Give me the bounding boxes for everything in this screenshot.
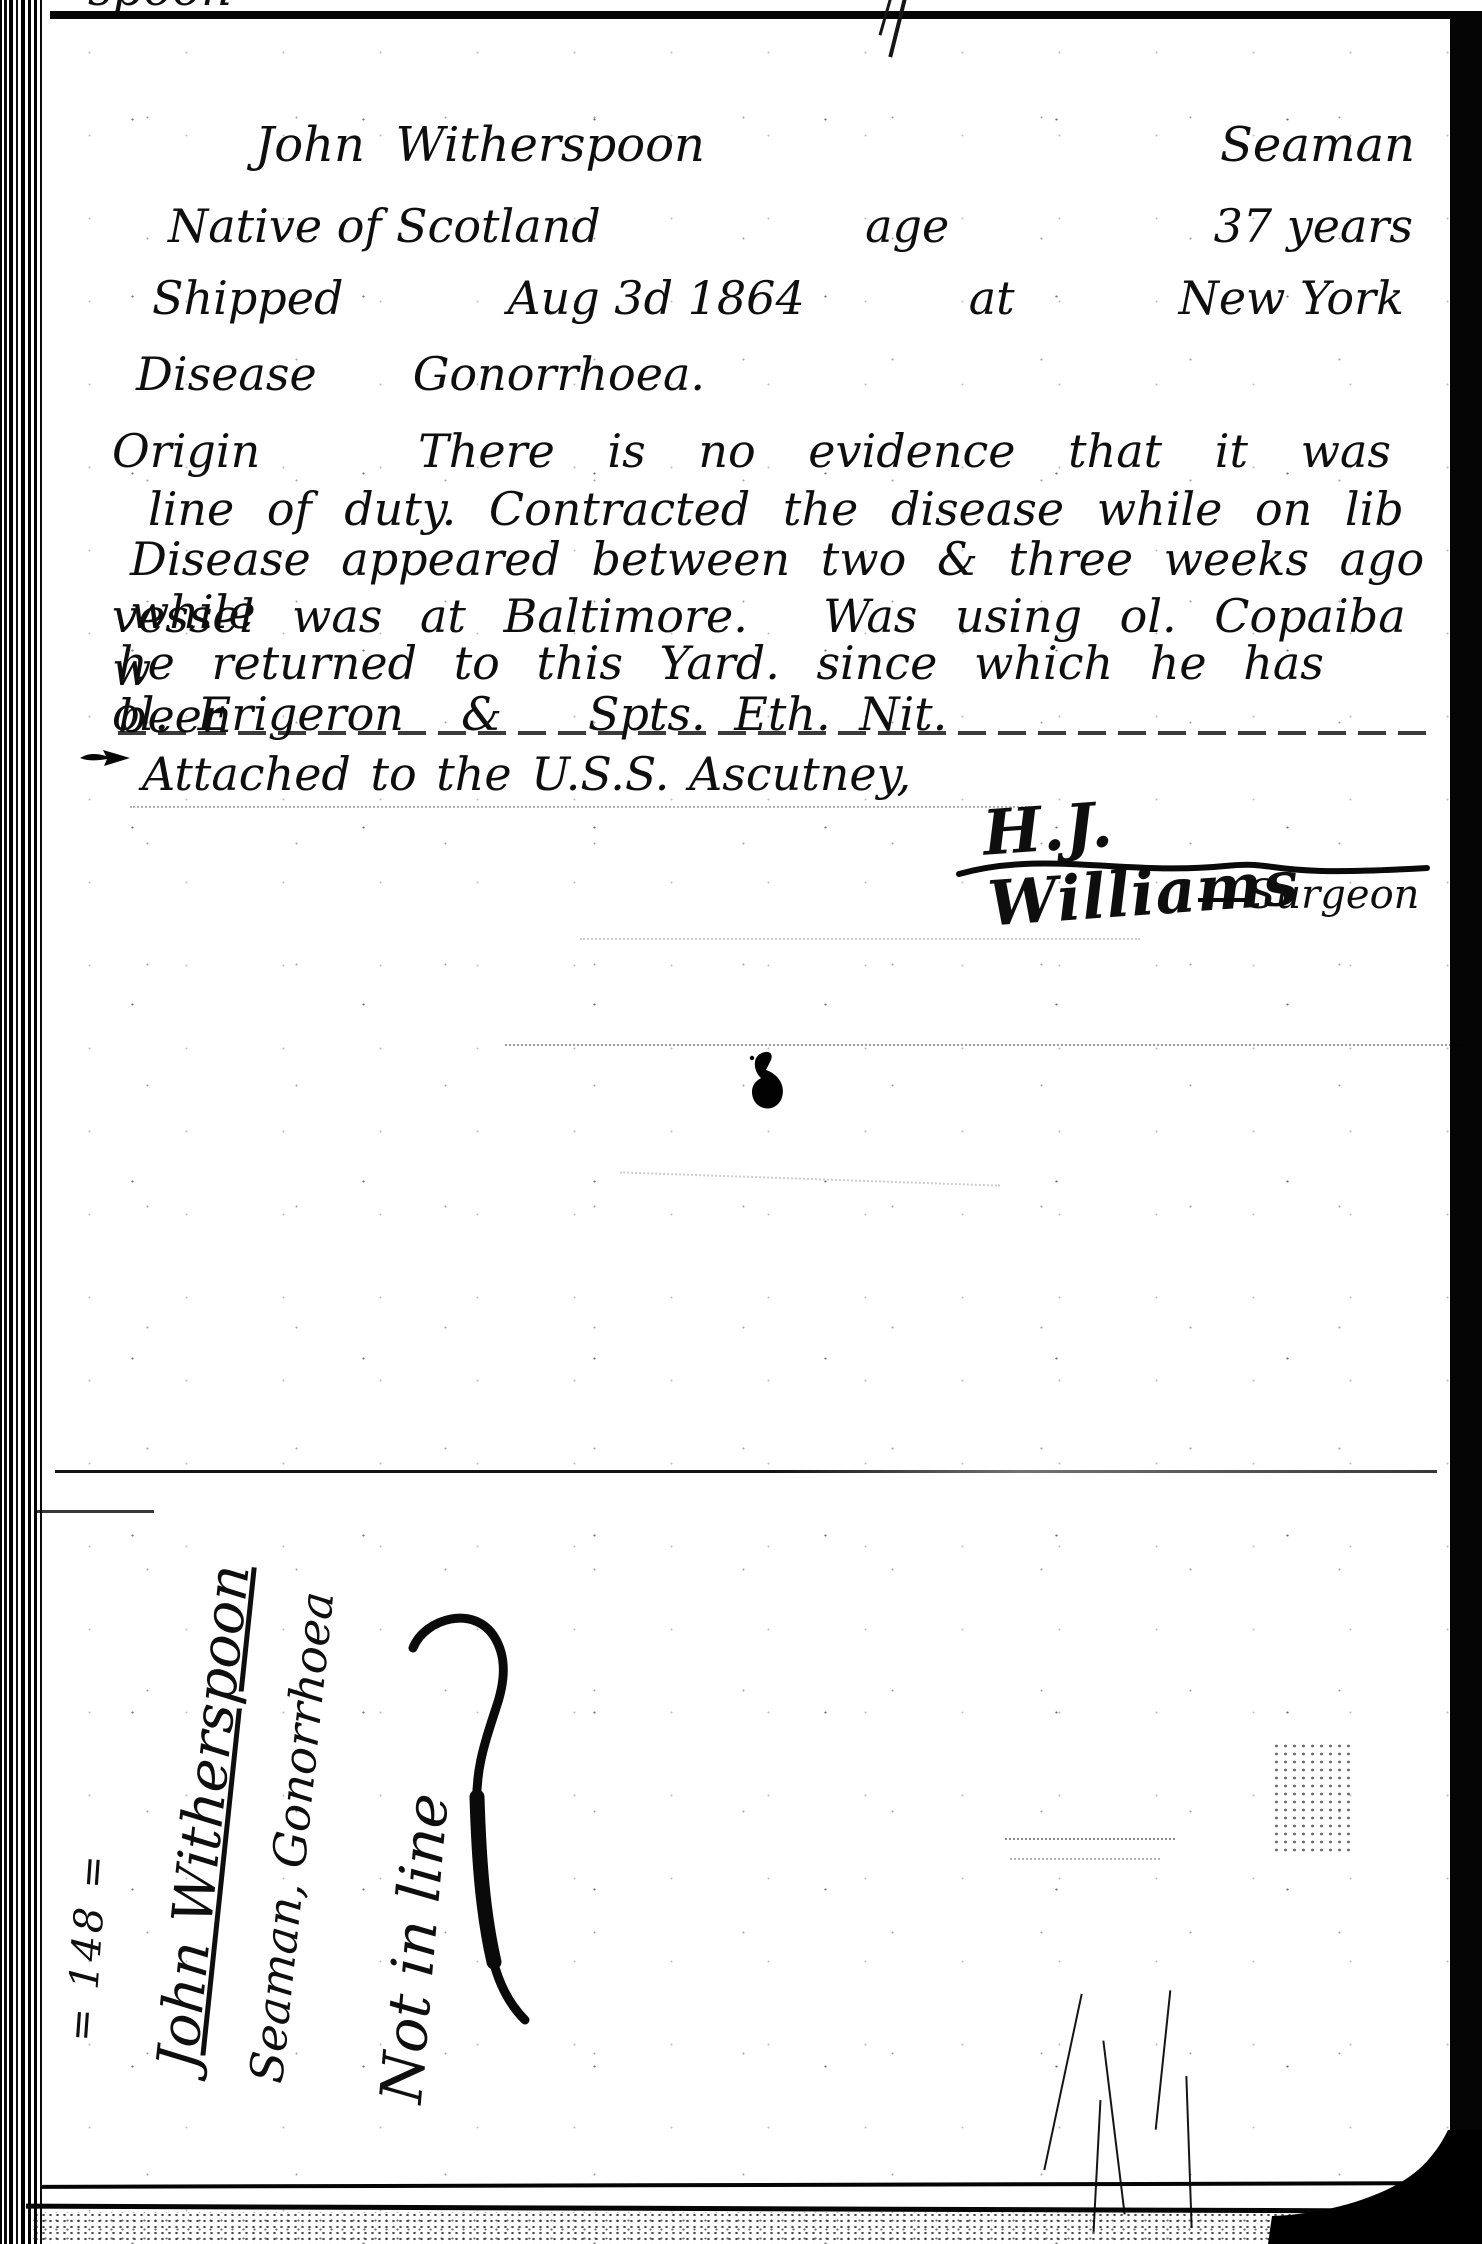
signature-title-dash bbox=[1198, 898, 1246, 902]
origin-line-2: line of duty. Contracted the disease whi… bbox=[148, 483, 1468, 536]
bottom-noise-band bbox=[26, 2212, 1294, 2244]
entry-shipped-line: Shipped Aug 3d 1864 at New York bbox=[152, 272, 1404, 325]
binding-gutter-edge bbox=[0, 0, 42, 2244]
docket-case-number: = 148 = bbox=[58, 1771, 123, 2044]
bottom-rule-1 bbox=[40, 2181, 1460, 2189]
shipped-label: Shipped bbox=[152, 272, 343, 325]
scratch-line-5 bbox=[1185, 2076, 1192, 2228]
native-of: Native of Scotland bbox=[168, 200, 601, 253]
age-value: 37 years bbox=[1214, 200, 1413, 253]
age-label: age bbox=[865, 200, 949, 253]
insertion-mark bbox=[80, 748, 134, 768]
disease-value: Gonorrhoea. bbox=[413, 348, 705, 401]
right-scan-edge-band bbox=[1450, 12, 1482, 2160]
section-divider-rule bbox=[55, 1470, 1437, 1473]
ghost-rule-1 bbox=[580, 938, 1140, 940]
scratch-line-1 bbox=[1043, 1994, 1082, 2170]
bottom-right-corner-blob bbox=[1268, 2130, 1482, 2244]
scratch-line-2 bbox=[1102, 2041, 1125, 2215]
ghost-rule-5 bbox=[1010, 1858, 1160, 1860]
scanned-document-page: spoon John Witherspoon Seaman Native of … bbox=[0, 0, 1482, 2244]
scratch-line-3 bbox=[1155, 1990, 1172, 2129]
divider-stub bbox=[36, 1510, 154, 1513]
entry-name-line: John Witherspoon Seaman bbox=[255, 118, 1415, 173]
entry-native-age-line: Native of Scotland age 37 years bbox=[168, 200, 1413, 253]
origin-line-1: Origin There is no evidence that it was bbox=[112, 425, 1457, 478]
shipped-place: New York bbox=[1179, 272, 1404, 325]
entry-disease-line: Disease Gonorrhoea. bbox=[136, 348, 1436, 401]
surgeon-title: Surgeon bbox=[1248, 872, 1419, 918]
ghost-rule-3 bbox=[620, 1171, 1000, 1186]
ghost-rule-4 bbox=[1005, 1838, 1175, 1840]
docket-brace bbox=[395, 1612, 545, 2052]
shipped-date: Aug 3d 1864 bbox=[507, 272, 804, 325]
seaman-rating: Seaman bbox=[1220, 118, 1415, 173]
speckle-cluster bbox=[1272, 1742, 1350, 1854]
disease-label: Disease bbox=[136, 348, 317, 401]
ghost-rule-2 bbox=[505, 1044, 1467, 1046]
top-slash-mark bbox=[888, 0, 907, 58]
trailing-dash-rule bbox=[118, 731, 1430, 735]
top-horizontal-rule bbox=[50, 11, 1482, 19]
attached-line: Attached to the U.S.S. Ascutney, bbox=[142, 748, 1042, 801]
seaman-name: John Witherspoon bbox=[255, 118, 705, 173]
ghost-rule-attached bbox=[130, 806, 1030, 808]
shipped-at: at bbox=[969, 272, 1015, 325]
ink-blot bbox=[740, 1048, 796, 1118]
